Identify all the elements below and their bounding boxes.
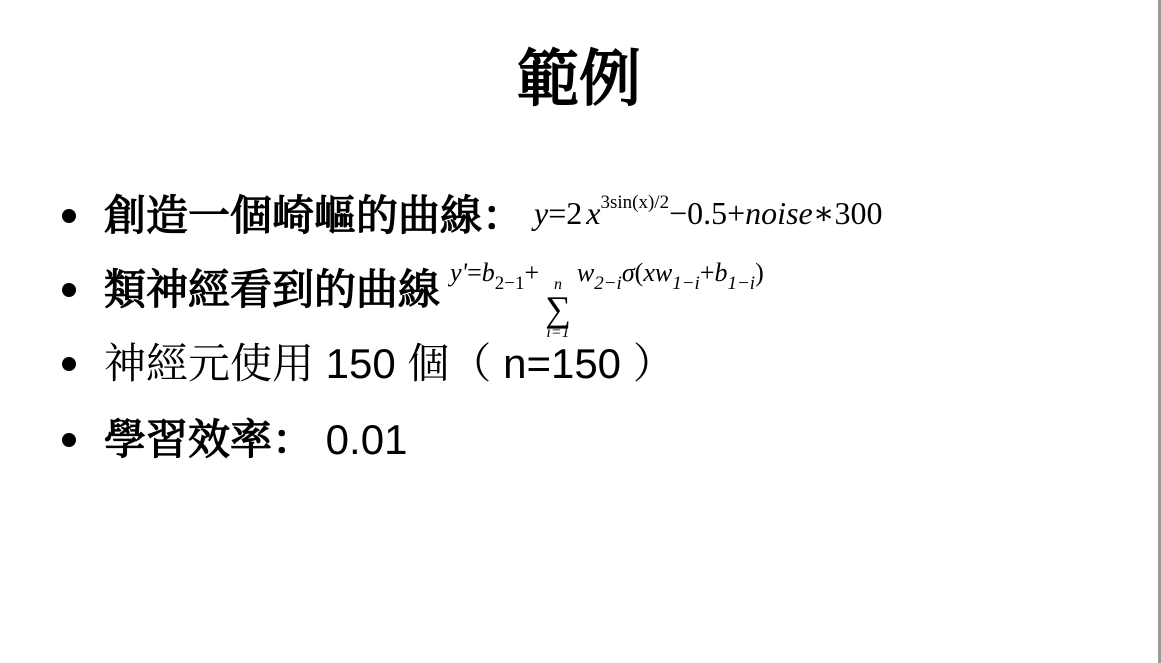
learning-rate-value: 0.01 bbox=[314, 415, 407, 465]
formula-var: w bbox=[577, 248, 594, 298]
learning-rate-label: 學習效率： bbox=[104, 415, 314, 465]
bullet-dot-icon bbox=[62, 209, 76, 223]
bullet-list: 創造一個崎嶇的曲線： y = 2 x 3sin(x)/2 −0.5 + nois… bbox=[62, 178, 882, 478]
formula-var: x bbox=[643, 248, 655, 298]
formula-network: y' = b 2−1 + n ∑ i=1 w 2−i σ ( x w 1−i +… bbox=[450, 248, 764, 333]
formula-curve: y = 2 x 3sin(x)/2 −0.5 + noise ∗ 300 bbox=[534, 188, 882, 244]
slide: 範例 創造一個崎嶇的曲線： y = 2 x 3sin(x)/2 −0.5 + n… bbox=[0, 0, 1158, 663]
formula-subscript: 2−1 bbox=[495, 259, 525, 309]
formula-op: = bbox=[548, 188, 566, 238]
formula-subscript: 2−i bbox=[594, 259, 622, 309]
formula-subscript: 1−i bbox=[727, 259, 755, 309]
formula-op: + bbox=[727, 188, 745, 238]
bullet-dot-icon bbox=[62, 433, 76, 447]
formula-var: b bbox=[482, 248, 495, 298]
formula-num: 2 bbox=[566, 188, 582, 238]
slide-title: 範例 bbox=[0, 40, 1158, 120]
formula-op: + bbox=[525, 248, 540, 298]
bullet-text: 創造一個崎嶇的曲線： bbox=[104, 191, 524, 241]
formula-var: y' bbox=[450, 248, 467, 298]
formula-op: ∗ bbox=[813, 188, 835, 238]
bullet-item-nn-curve: 類神經看到的曲線 y' = b 2−1 + n ∑ i=1 w 2−i σ ( … bbox=[62, 254, 882, 326]
sigma-icon: σ bbox=[622, 248, 635, 298]
bullet-text: 神經元使用 150 個（ n=150 ） bbox=[104, 339, 675, 389]
formula-num: −0.5 bbox=[669, 188, 727, 238]
formula-paren: ) bbox=[755, 248, 764, 298]
formula-exponent: 3sin(x)/2 bbox=[600, 178, 669, 228]
bullet-item-learning-rate: 學習效率： 0.01 bbox=[62, 402, 882, 478]
bullet-item-create-curve: 創造一個崎嶇的曲線： y = 2 x 3sin(x)/2 −0.5 + nois… bbox=[62, 178, 882, 254]
formula-var: y bbox=[534, 188, 548, 238]
formula-subscript: 1−i bbox=[672, 259, 700, 309]
formula-paren: ( bbox=[635, 248, 644, 298]
formula-var: b bbox=[714, 248, 727, 298]
formula-op: = bbox=[467, 248, 482, 298]
formula-num: 300 bbox=[834, 188, 882, 238]
formula-var: x bbox=[586, 188, 600, 238]
bullet-dot-icon bbox=[62, 357, 76, 371]
formula-var: noise bbox=[745, 188, 813, 238]
sum-symbol: ∑ bbox=[545, 293, 571, 325]
formula-op: + bbox=[700, 248, 715, 298]
bullet-item-neurons: 神經元使用 150 個（ n=150 ） bbox=[62, 326, 882, 402]
bullet-text: 類神經看到的曲線 bbox=[104, 265, 440, 315]
bullet-dot-icon bbox=[62, 283, 76, 297]
formula-var: w bbox=[655, 248, 672, 298]
